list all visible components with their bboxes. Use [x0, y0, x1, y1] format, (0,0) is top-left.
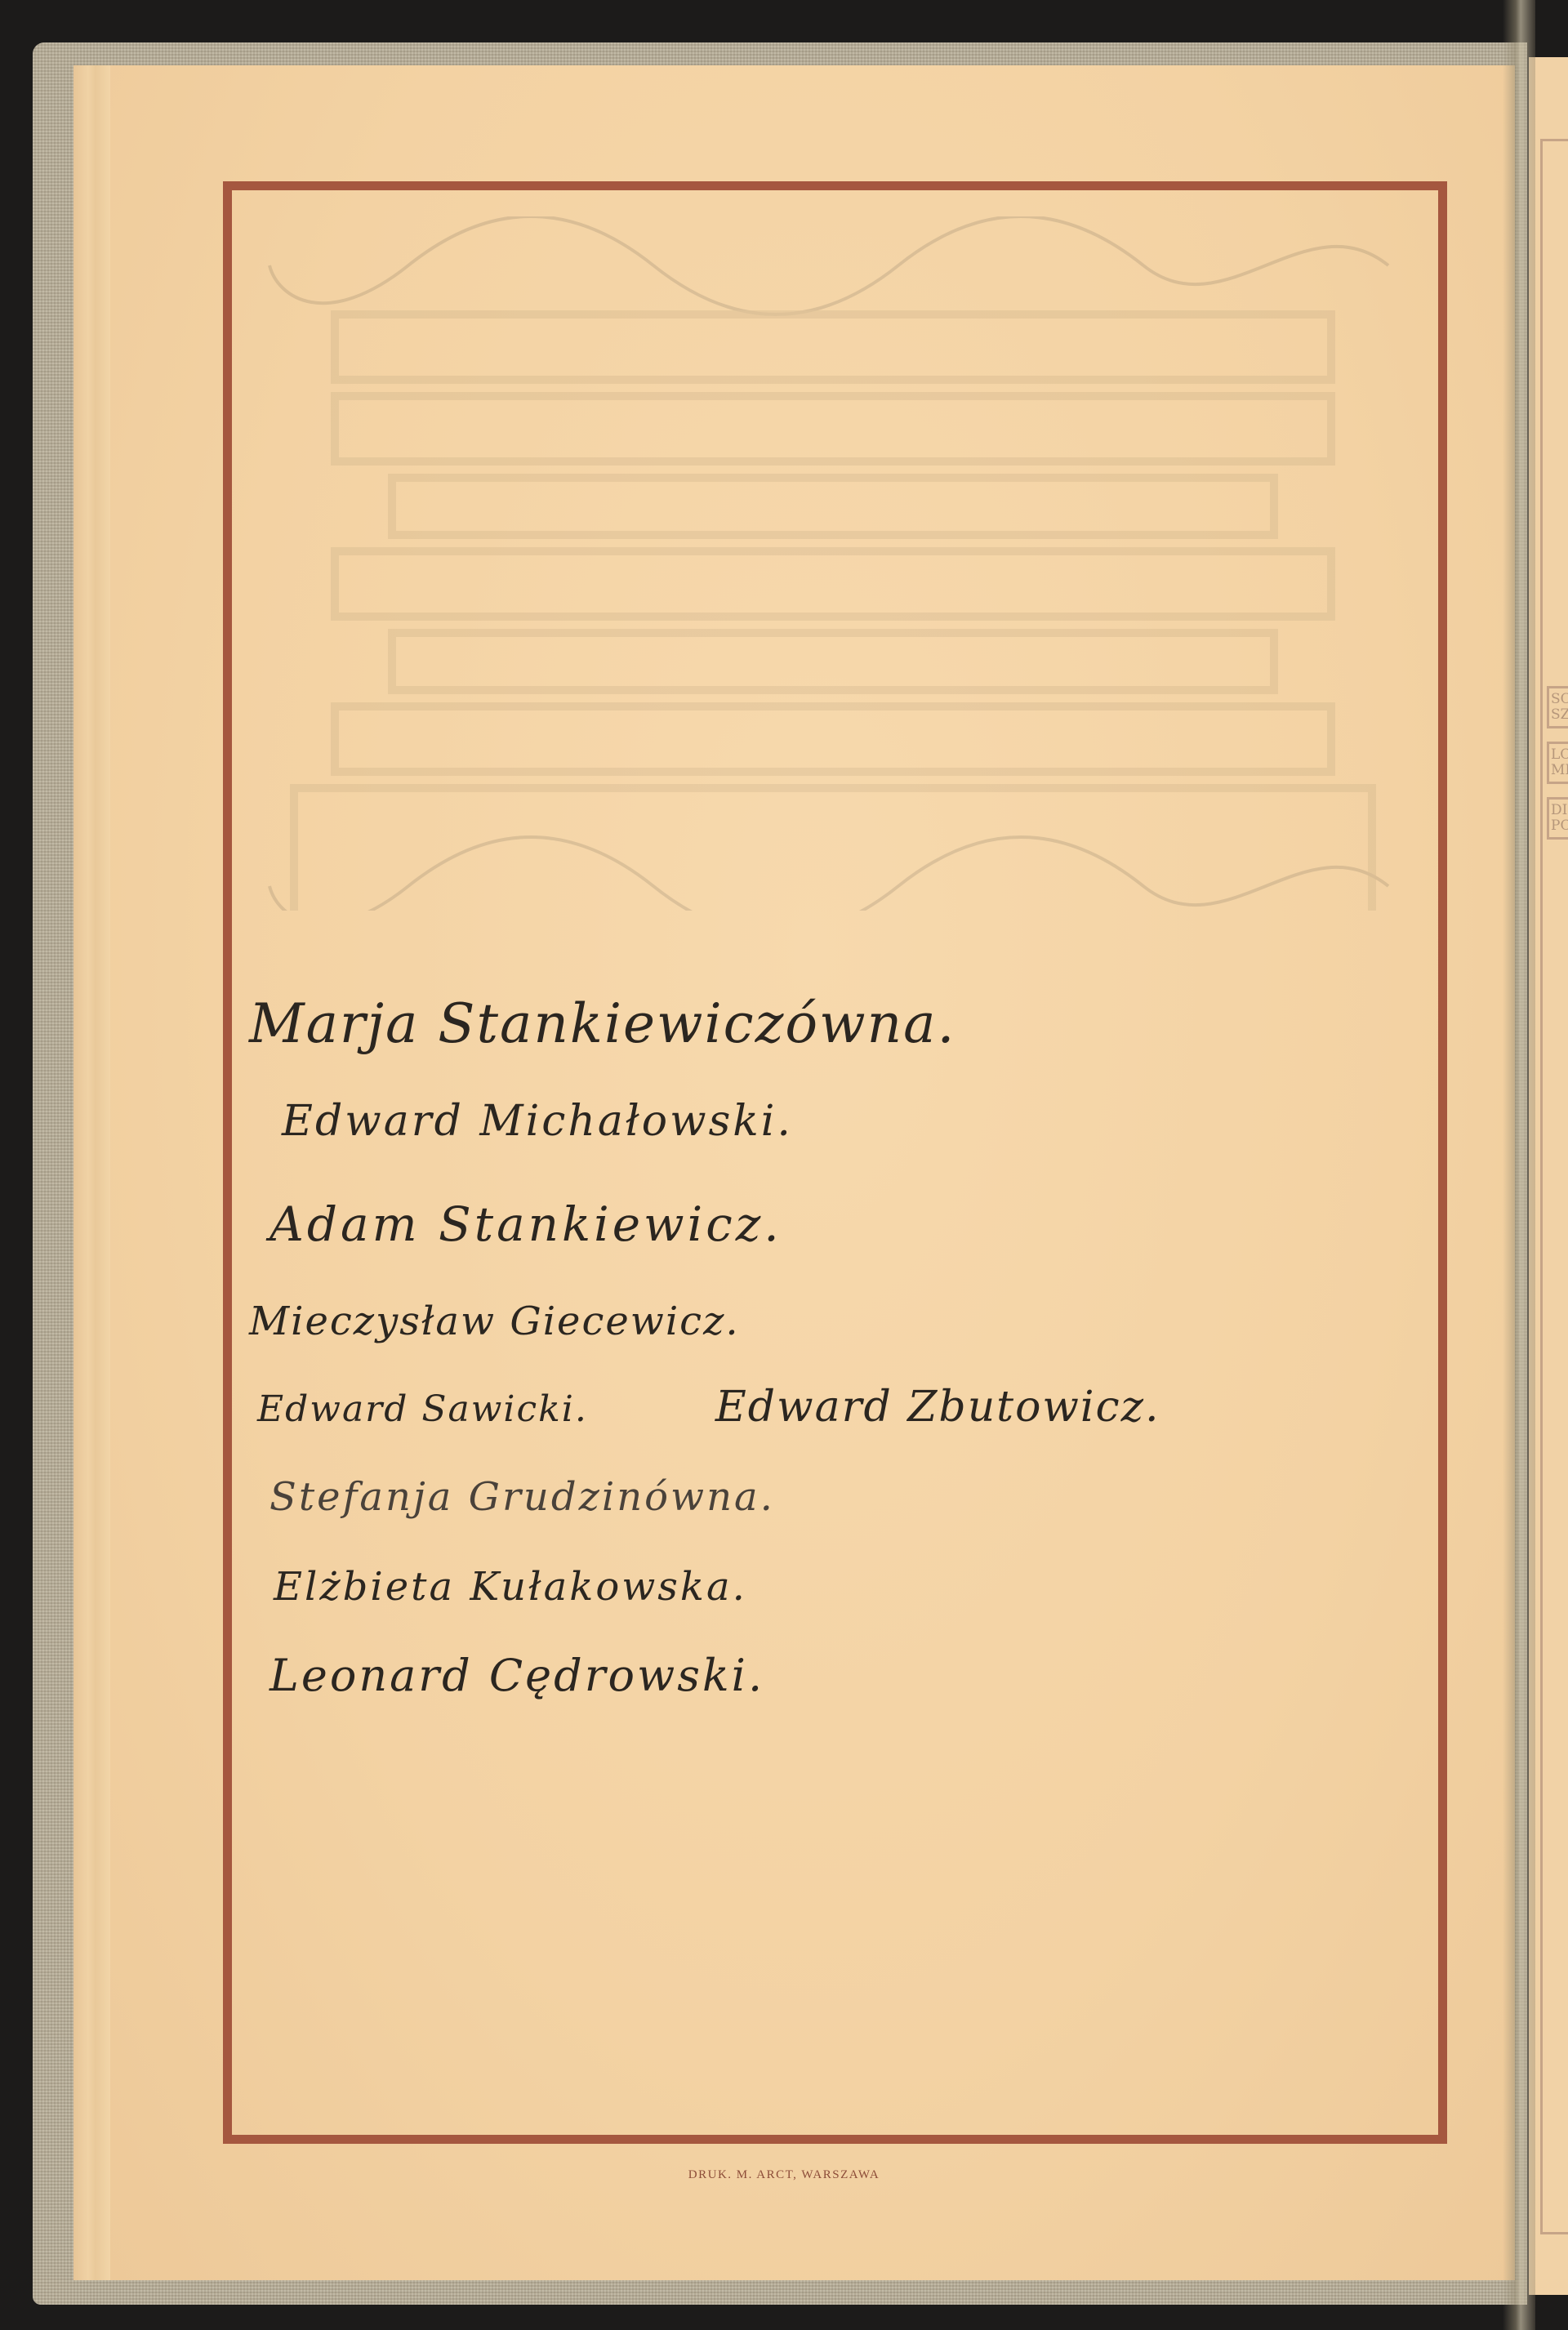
signature-text: Leonard Cędrowski.: [269, 1650, 764, 1701]
signature: Edward Sawicki. Edward Zbutowicz.: [257, 1383, 1160, 1432]
adjacent-label: SCH SZK: [1547, 686, 1568, 728]
ornament-icon: [261, 216, 1405, 911]
printer-imprint: DRUK. M. ARCT, WARSZAWA: [0, 2168, 1568, 2182]
signature-text: Edward Zbutowicz.: [715, 1383, 1160, 1432]
signature-text: Edward Michałowski.: [282, 1097, 793, 1146]
adjacent-label: DIST POV: [1547, 797, 1568, 840]
book-gutter: [1503, 0, 1535, 2330]
signature: Elżbieta Kułakowska.: [274, 1564, 747, 1610]
signature: Marja Stankiewiczówna.: [249, 992, 955, 1055]
adjacent-page-labels: SCH SZK LOC MIE DIST POV: [1547, 686, 1568, 840]
adjacent-page-frame: [1540, 139, 1568, 2234]
signature: Adam Stankiewicz.: [269, 1196, 782, 1252]
bleed-through-ornament: [261, 216, 1405, 911]
signature-text: Elżbieta Kułakowska.: [274, 1564, 747, 1610]
adjacent-label: LOC MIE: [1547, 742, 1568, 784]
page-edges: [73, 65, 111, 2280]
signature-text: Stefanja Grudzinówna.: [269, 1474, 775, 1520]
signature-text: Marja Stankiewiczówna.: [249, 992, 955, 1055]
signature: Leonard Cędrowski.: [269, 1650, 764, 1701]
signature-text: Mieczysław Giecewicz.: [249, 1299, 740, 1344]
signature-text: Adam Stankiewicz.: [269, 1196, 782, 1252]
signature: Stefanja Grudzinówna.: [269, 1474, 775, 1520]
signature: Mieczysław Giecewicz.: [249, 1299, 740, 1344]
signature: Edward Michałowski.: [282, 1097, 793, 1146]
signature-text: Edward Sawicki.: [257, 1388, 588, 1430]
